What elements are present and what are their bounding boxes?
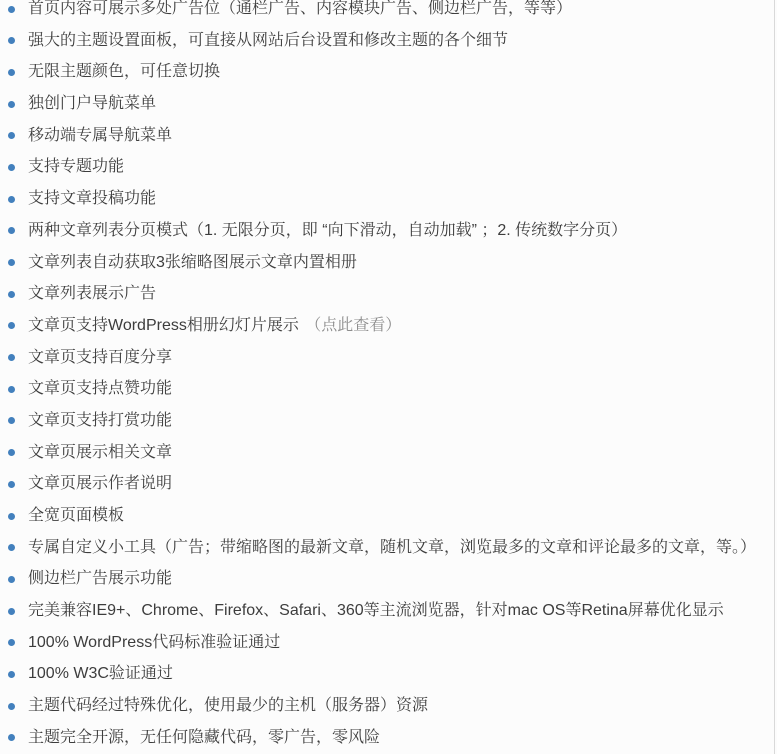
bullet-icon — [8, 386, 15, 393]
list-item: 100% WordPress代码标准验证通过 — [0, 627, 777, 659]
feature-text: 强大的主题设置面板，可直接从网站后台设置和修改主题的各个细节 — [28, 32, 508, 49]
list-item: 支持文章投稿功能 — [0, 183, 777, 215]
list-item: 文章页支持百度分享 — [0, 342, 777, 374]
bullet-icon — [8, 608, 15, 615]
feature-text: 文章页支持打赏功能 — [28, 412, 172, 429]
bullet-icon — [8, 69, 15, 76]
feature-text: 专属自定义小工具（广告；带缩略图的最新文章，随机文章，浏览最多的文章和评论最多的… — [28, 539, 756, 556]
list-item: 文章页支持WordPress相册幻灯片展示 （点此查看） — [0, 310, 777, 342]
list-item: 专属自定义小工具（广告；带缩略图的最新文章，随机文章，浏览最多的文章和评论最多的… — [0, 532, 777, 564]
bullet-icon — [8, 354, 15, 361]
bullet-icon — [8, 322, 15, 329]
list-item: 文章列表自动获取3张缩略图展示文章内置相册 — [0, 247, 777, 279]
bullet-icon — [8, 449, 15, 456]
list-item: 移动端专属导航菜单 — [0, 120, 777, 152]
bullet-icon — [8, 132, 15, 139]
feature-text: 侧边栏广告展示功能 — [28, 570, 172, 587]
bullet-icon — [8, 544, 15, 551]
list-item: 支持专题功能 — [0, 151, 777, 183]
list-item: 主题代码经过特殊优化，使用最少的主机（服务器）资源 — [0, 690, 777, 722]
feature-text: 100% WordPress代码标准验证通过 — [28, 634, 280, 651]
feature-text: 移动端专属导航菜单 — [28, 127, 172, 144]
list-item: 无限主题颜色，可任意切换 — [0, 56, 777, 88]
feature-text: 首页内容可展示多处广告位（通栏广告、内容模块广告、侧边栏广告，等等） — [28, 0, 572, 17]
feature-list: 首页内容可展示多处广告位（通栏广告、内容模块广告、侧边栏广告，等等） 强大的主题… — [0, 0, 777, 754]
feature-text: 文章页展示相关文章 — [28, 444, 172, 461]
bullet-icon — [8, 671, 15, 678]
bullet-icon — [8, 259, 15, 266]
feature-text: 文章列表展示广告 — [28, 285, 156, 302]
list-item: 侧边栏广告展示功能 — [0, 563, 777, 595]
feature-text: 无限主题颜色，可任意切换 — [28, 63, 220, 80]
bullet-icon — [8, 227, 15, 234]
feature-text: 文章页展示作者说明 — [28, 475, 172, 492]
feature-text: 100% W3C验证通过 — [28, 665, 173, 682]
list-item: 完美兼容IE9+、Chrome、Firefox、Safari、360等主流浏览器… — [0, 595, 777, 627]
list-item: 文章页展示相关文章 — [0, 437, 777, 469]
list-item: 100% W3C验证通过 — [0, 658, 777, 690]
list-item: 主题完全开源，无任何隐藏代码，零广告，零风险 — [0, 722, 777, 754]
bullet-icon — [8, 734, 15, 741]
list-item: 独创门户导航菜单 — [0, 88, 777, 120]
feature-text: 文章页支持百度分享 — [28, 349, 172, 366]
feature-text: 独创门户导航菜单 — [28, 95, 156, 112]
bullet-icon — [8, 164, 15, 171]
theme-feature-page: 首页内容可展示多处广告位（通栏广告、内容模块广告、侧边栏广告，等等） 强大的主题… — [0, 0, 777, 754]
bullet-icon — [8, 37, 15, 44]
feature-text: 支持文章投稿功能 — [28, 190, 156, 207]
feature-text: 文章页支持WordPress相册幻灯片展示 — [28, 317, 299, 334]
bullet-icon — [8, 576, 15, 583]
list-item: 全宽页面模板 — [0, 500, 777, 532]
bullet-icon — [8, 703, 15, 710]
feature-text: 主题代码经过特殊优化，使用最少的主机（服务器）资源 — [28, 697, 428, 714]
bullet-icon — [8, 417, 15, 424]
feature-text: 全宽页面模板 — [28, 507, 124, 524]
bullet-icon — [8, 513, 15, 520]
feature-text: 主题完全开源，无任何隐藏代码，零广告，零风险 — [28, 729, 380, 746]
feature-text: 文章列表自动获取3张缩略图展示文章内置相册 — [28, 254, 357, 271]
bullet-icon — [8, 291, 15, 298]
bullet-icon — [8, 6, 15, 13]
list-item: 文章列表展示广告 — [0, 278, 777, 310]
list-item: 首页内容可展示多处广告位（通栏广告、内容模块广告、侧边栏广告，等等） — [0, 0, 777, 25]
bullet-icon — [8, 196, 15, 203]
feature-text: 文章页支持点赞功能 — [28, 380, 172, 397]
view-link[interactable]: （点此查看） — [305, 317, 401, 334]
list-item: 两种文章列表分页模式（1. 无限分页，即 “向下滑动，自动加载” ；2. 传统数… — [0, 215, 777, 247]
bullet-icon — [8, 101, 15, 108]
list-item: 强大的主题设置面板，可直接从网站后台设置和修改主题的各个细节 — [0, 25, 777, 57]
feature-text: 完美兼容IE9+、Chrome、Firefox、Safari、360等主流浏览器… — [28, 602, 724, 619]
list-item: 文章页支持打赏功能 — [0, 405, 777, 437]
feature-text: 支持专题功能 — [28, 158, 124, 175]
feature-text: 两种文章列表分页模式（1. 无限分页，即 “向下滑动，自动加载” ；2. 传统数… — [28, 222, 627, 239]
list-item: 文章页展示作者说明 — [0, 468, 777, 500]
list-item: 文章页支持点赞功能 — [0, 373, 777, 405]
bullet-icon — [8, 639, 15, 646]
page-right-edge-divider — [774, 0, 775, 754]
bullet-icon — [8, 481, 15, 488]
